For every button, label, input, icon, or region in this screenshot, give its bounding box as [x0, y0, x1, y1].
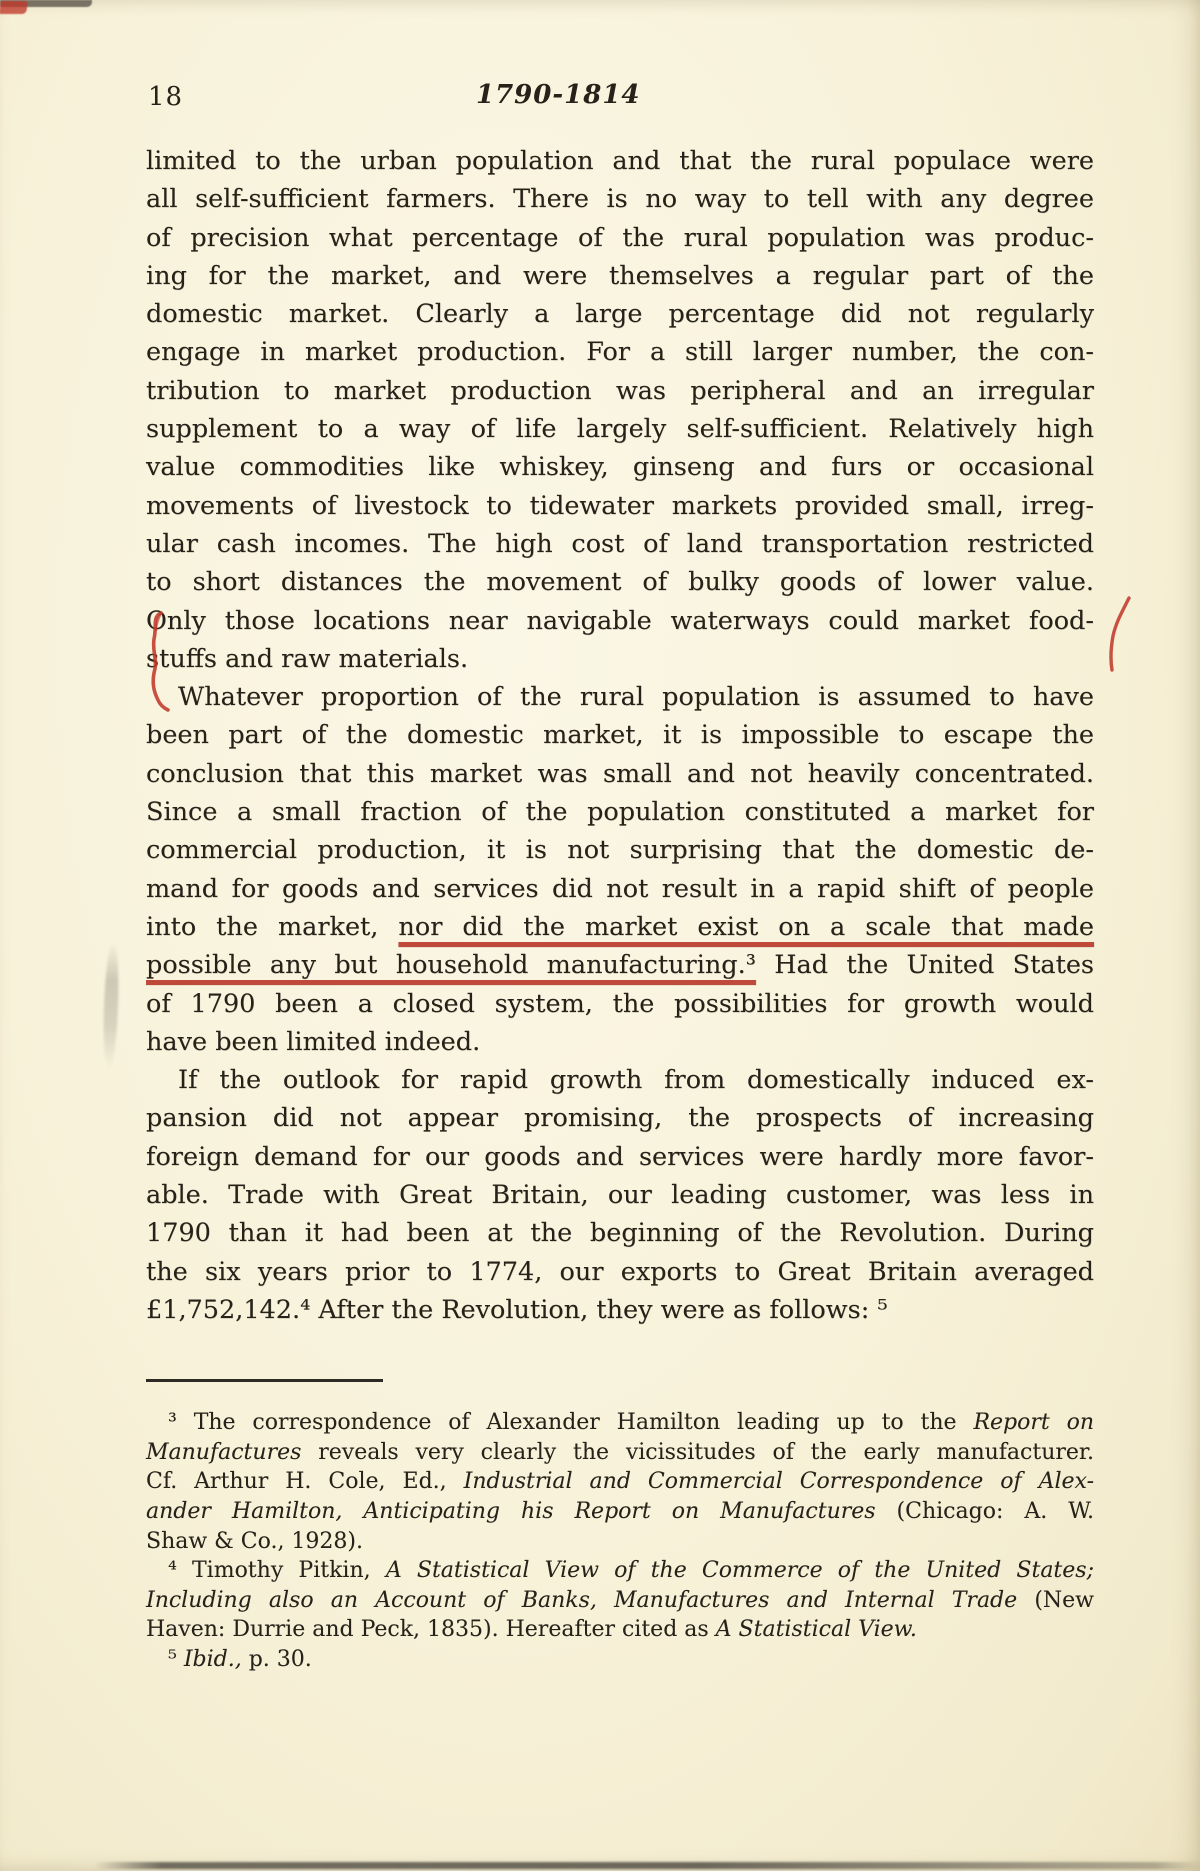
footnote-line: ⁵ Ibid., p. 30.	[146, 1645, 1094, 1675]
text-line: pansion did not appear promising, the pr…	[146, 1099, 1094, 1137]
red-margin-bracket-annotation	[144, 610, 172, 714]
plain-text: ⁵	[168, 1647, 184, 1672]
red-underlined-text: possible any but household manufacturing…	[146, 950, 756, 980]
plain-text: Had the United States	[756, 950, 1094, 980]
footnote-line: ander Hamilton, Anticipating his Report …	[146, 1497, 1094, 1527]
pencil-margin-mark-annotation	[102, 942, 120, 1070]
text-line: been part of the domestic market, it is …	[146, 716, 1094, 754]
italic-text: Manufactures	[146, 1440, 301, 1465]
footnote-line: Haven: Durrie and Peck, 1835). Hereafter…	[146, 1615, 1094, 1645]
text-line: of 1790 been a closed system, the possib…	[146, 985, 1094, 1023]
plain-text: Haven: Durrie and Peck, 1835). Hereafter…	[146, 1617, 716, 1642]
footnote-line: Cf. Arthur H. Cole, Ed., Industrial and …	[146, 1467, 1094, 1497]
text-line: conclusion that this market was small an…	[146, 755, 1094, 793]
text-line: have been limited indeed.	[146, 1023, 1094, 1061]
footnote-4: ⁴ Timothy Pitkin, A Statistical View of …	[146, 1556, 1094, 1645]
footnote-line: ³ The correspondence of Alexander Hamilt…	[146, 1408, 1094, 1438]
italic-text: Report on	[973, 1410, 1094, 1435]
plain-text: reveals very clearly the vicissitudes of…	[301, 1440, 1094, 1465]
footnote-5: ⁵ Ibid., p. 30.	[146, 1645, 1094, 1675]
italic-text: Industrial and Commercial Correspondence…	[464, 1469, 1094, 1494]
plain-text: ³ The correspondence of Alexander Hamilt…	[168, 1410, 973, 1435]
footnote-separator-rule	[146, 1379, 383, 1382]
text-line: to short distances the movement of bulky…	[146, 563, 1094, 601]
text-line: mand for goods and services did not resu…	[146, 870, 1094, 908]
plain-text: Cf. Arthur H. Cole, Ed.,	[146, 1469, 464, 1494]
italic-text: Including also an Account of Banks, Manu…	[146, 1588, 1017, 1613]
plain-text: (Chicago: A. W.	[876, 1499, 1094, 1524]
footnote-line: Shaw & Co., 1928).	[146, 1527, 1094, 1557]
text-line: possible any but household manufacturing…	[146, 946, 1094, 984]
red-mark-top-left-corner	[0, 1, 28, 14]
text-line: £1,752,142.⁴ After the Revolution, they …	[146, 1291, 1094, 1329]
text-line: foreign demand for our goods and service…	[146, 1138, 1094, 1176]
footnote-line: Including also an Account of Banks, Manu…	[146, 1586, 1094, 1616]
text-line: ular cash incomes. The high cost of land…	[146, 525, 1094, 563]
plain-text: (New	[1017, 1588, 1094, 1613]
text-line: Only those locations near navigable wate…	[146, 602, 1094, 640]
scan-shadow-bottom-edge	[95, 1862, 1200, 1869]
footnote-3: ³ The correspondence of Alexander Hamilt…	[146, 1408, 1094, 1556]
footnote-line: Manufactures reveals very clearly the vi…	[146, 1438, 1094, 1468]
text-line: 1790 than it had been at the beginning o…	[146, 1214, 1094, 1252]
body-text: limited to the urban population and that…	[146, 142, 1094, 1329]
text-line: stuffs and raw materials.	[146, 640, 1094, 678]
paragraph-2: Whatever proportion of the rural populat…	[146, 678, 1094, 1061]
text-line: engage in market production. For a still…	[146, 333, 1094, 371]
text-line: value commodities like whiskey, ginseng …	[146, 448, 1094, 486]
footnote-line: ⁴ Timothy Pitkin, A Statistical View of …	[146, 1556, 1094, 1586]
text-line: Since a small fraction of the population…	[146, 793, 1094, 831]
paragraph-1: limited to the urban population and that…	[146, 142, 1094, 678]
text-line: movements of livestock to tidewater mark…	[146, 487, 1094, 525]
page-number: 18	[148, 82, 183, 112]
text-column: 18 1790-1814 limited to the urban popula…	[146, 82, 1094, 1675]
plain-text: ⁴ Timothy Pitkin,	[168, 1558, 386, 1583]
italic-text: ander Hamilton, Anticipating his Report …	[146, 1499, 876, 1524]
plain-text: p. 30.	[242, 1647, 312, 1672]
running-head: 1790-1814	[476, 80, 641, 110]
text-line: all self-sufficient farmers. There is no…	[146, 180, 1094, 218]
plain-text: Shaw & Co., 1928).	[146, 1529, 363, 1554]
text-line: of precision what percentage of the rura…	[146, 219, 1094, 257]
text-line: limited to the urban population and that…	[146, 142, 1094, 180]
text-line: tribution to market production was perip…	[146, 372, 1094, 410]
italic-text: Ibid.,	[184, 1647, 242, 1672]
text-line: If the outlook for rapid growth from dom…	[146, 1061, 1094, 1099]
italic-text: A Statistical View.	[716, 1617, 917, 1642]
red-slash-annotation	[1096, 594, 1138, 676]
text-line: domestic market. Clearly a large percent…	[146, 295, 1094, 333]
page-header: 18 1790-1814	[146, 82, 1094, 122]
paragraph-3: If the outlook for rapid growth from dom…	[146, 1061, 1094, 1329]
italic-text: A Statistical View of the Commerce of th…	[386, 1558, 1094, 1583]
text-line: ing for the market, and were themselves …	[146, 257, 1094, 295]
text-line: able. Trade with Great Britain, our lead…	[146, 1176, 1094, 1214]
red-underlined-text: nor did the market exist on a scale that…	[398, 912, 1094, 942]
book-page: 18 1790-1814 limited to the urban popula…	[0, 0, 1200, 1871]
plain-text: into the market,	[146, 912, 398, 942]
footnotes-block: ³ The correspondence of Alexander Hamilt…	[146, 1408, 1094, 1674]
text-line: supplement to a way of life largely self…	[146, 410, 1094, 448]
text-line: commercial production, it is not surpris…	[146, 831, 1094, 869]
text-line: the six years prior to 1774, our exports…	[146, 1253, 1094, 1291]
text-line: Whatever proportion of the rural populat…	[146, 678, 1094, 716]
text-line: into the market, nor did the market exis…	[146, 908, 1094, 946]
